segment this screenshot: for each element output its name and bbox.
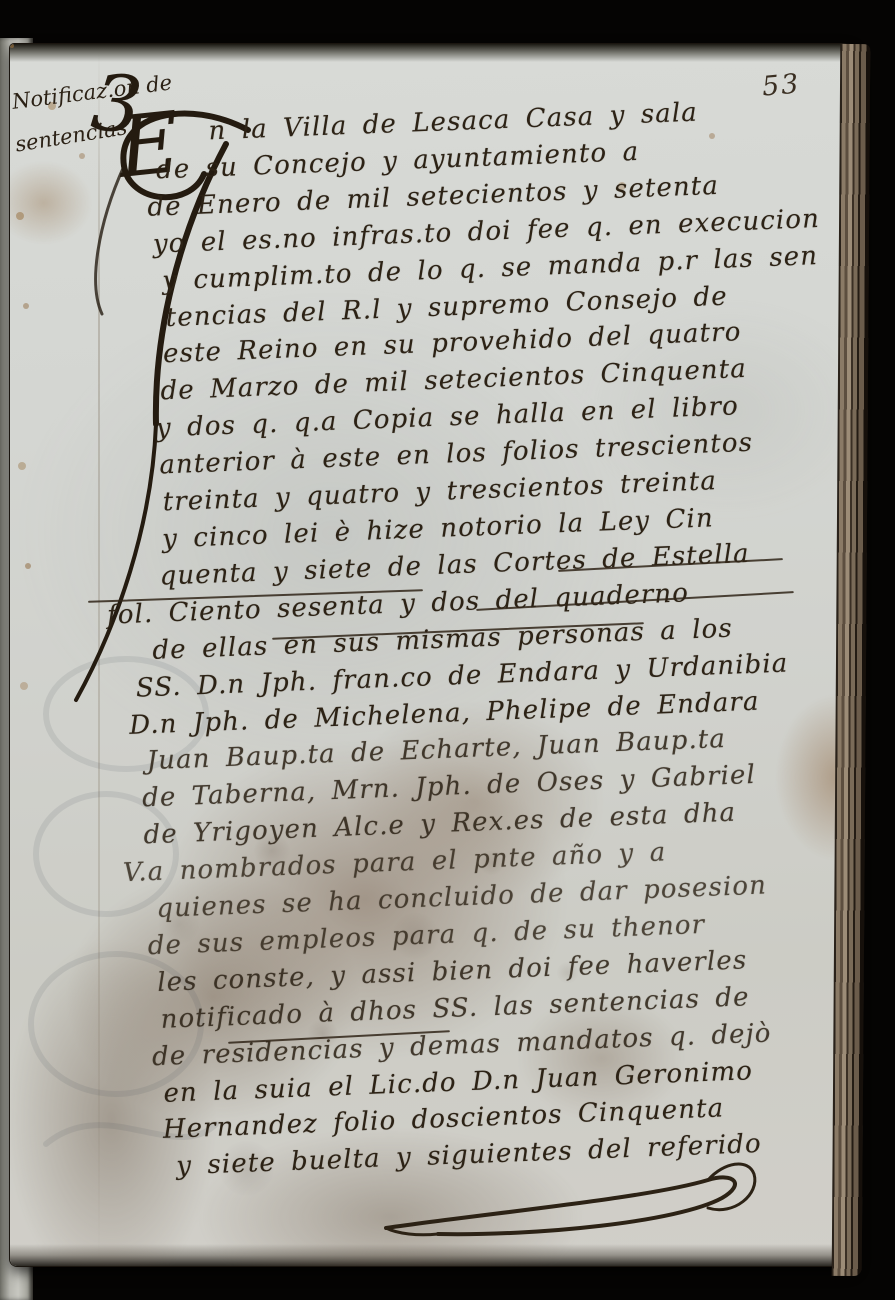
closing-paraph-flourish	[378, 1150, 798, 1260]
manuscript-text: n la Villa de Lesaca Casa y sala de su C…	[88, 90, 849, 1187]
page-top-edge	[10, 44, 855, 62]
manuscript-page: 53 Notificaz.on de sentencias 3 E n la V…	[10, 44, 855, 1266]
foxing-spots	[10, 44, 14, 48]
photo-background: 53 Notificaz.on de sentencias 3 E n la V…	[0, 0, 895, 1300]
